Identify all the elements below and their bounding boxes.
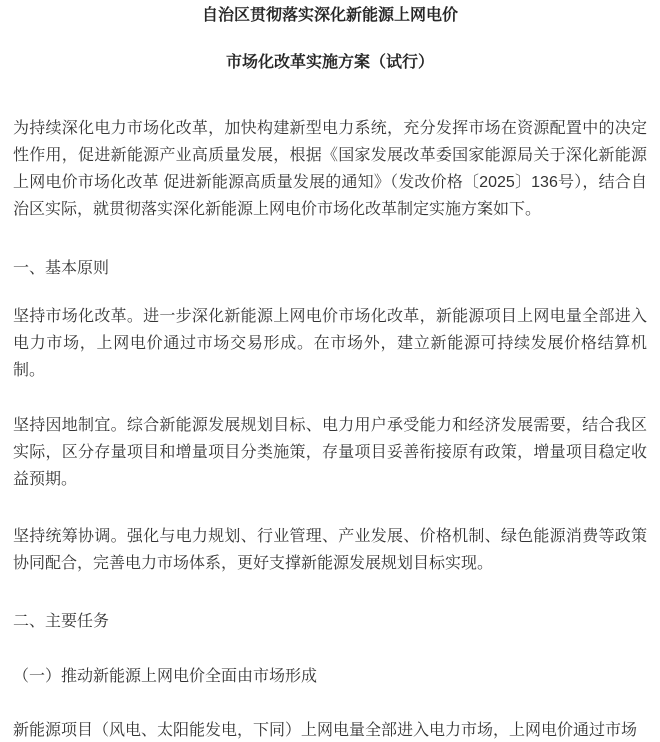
section-1-paragraph-3: 坚持统筹协调。强化与电力规划、行业管理、产业发展、价格机制、绿色能源消费等政策协…: [13, 523, 647, 577]
document-title-line-2: 市场化改革实施方案（试行）: [13, 49, 647, 76]
intro-paragraph: 为持续深化电力市场化改革，加快构建新型电力系统，充分发挥市场在资源配置中的决定性…: [13, 115, 647, 223]
section-2-subsection-1-heading: （一）推动新能源上网电价全面由市场形成: [13, 663, 647, 690]
section-1-paragraph-2: 坚持因地制宜。综合新能源发展规划目标、电力用户承受能力和经济发展需要，结合我区实…: [13, 412, 647, 493]
document-title-line-1: 自治区贯彻落实深化新能源上网电价: [13, 2, 647, 29]
section-1-heading: 一、基本原则: [13, 255, 647, 282]
section-2-heading: 二、主要任务: [13, 608, 647, 635]
section-1-paragraph-1: 坚持市场化改革。进一步深化新能源上网电价市场化改革，新能源项目上网电量全部进入电…: [13, 303, 647, 384]
section-2-paragraph-1: 新能源项目（风电、太阳能发电，下同）上网电量全部进入电力市场，上网电价通过市场: [13, 717, 647, 742]
document-page: 自治区贯彻落实深化新能源上网电价 市场化改革实施方案（试行） 为持续深化电力市场…: [0, 0, 660, 742]
